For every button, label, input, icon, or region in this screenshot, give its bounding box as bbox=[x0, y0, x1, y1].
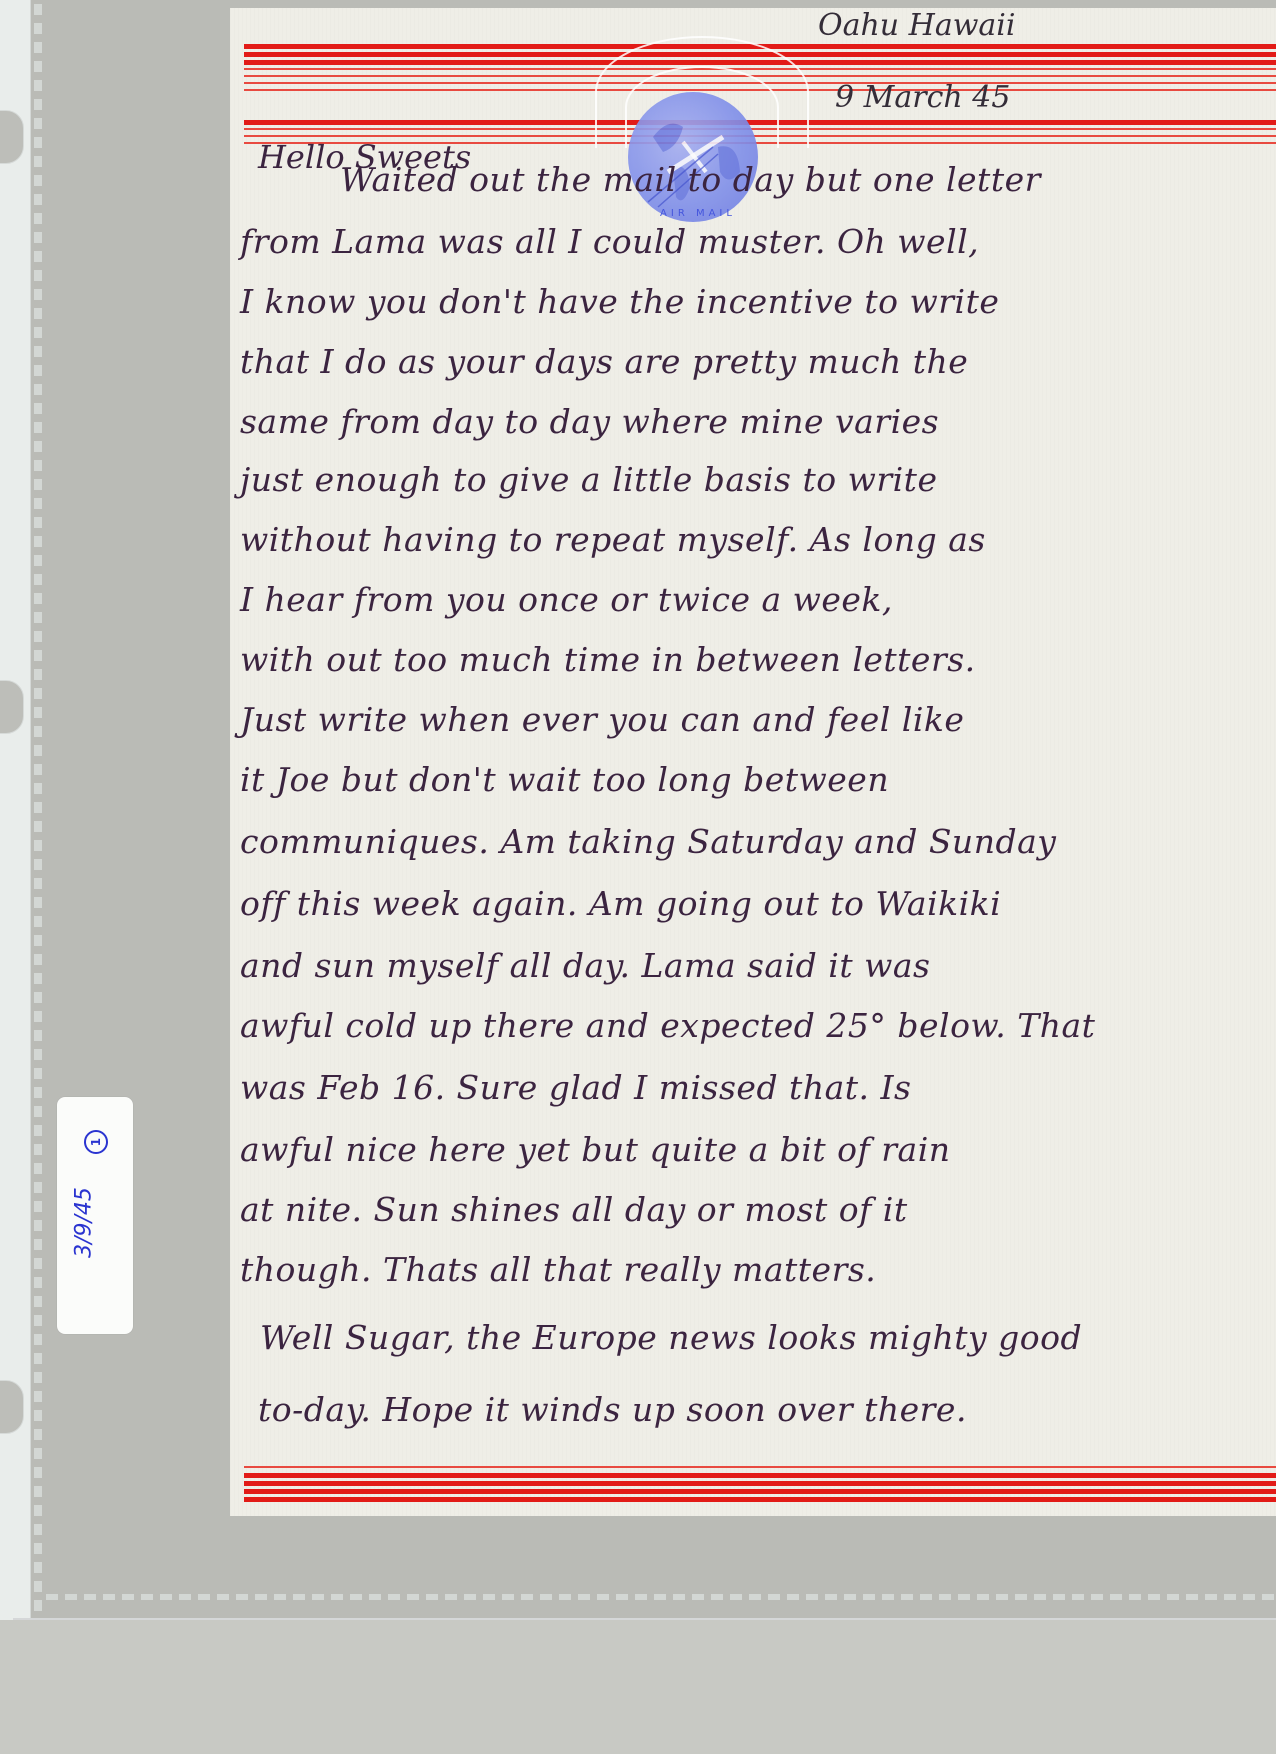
letter-date: 9 March 45 bbox=[835, 80, 1010, 115]
punch-hole bbox=[0, 680, 24, 734]
letter-line: off this week again. Am going out to Wai… bbox=[240, 884, 1001, 923]
index-page-number: 1 bbox=[84, 1130, 108, 1154]
letter-line: it Joe but don't wait too long between bbox=[240, 760, 889, 799]
index-date: 3/9/45 bbox=[72, 1183, 97, 1263]
letter-line: to-day. Hope it winds up soon over there… bbox=[258, 1390, 967, 1429]
letter-line: just enough to give a little basis to wr… bbox=[240, 460, 937, 499]
letter-line: at nite. Sun shines all day or most of i… bbox=[240, 1190, 908, 1229]
letter-line: without having to repeat myself. As long… bbox=[240, 520, 986, 559]
letter-line: and sun myself all day. Lama said it was bbox=[240, 946, 930, 985]
punch-hole bbox=[0, 1380, 24, 1434]
letter-line: with out too much time in between letter… bbox=[240, 640, 976, 679]
letter-line: Waited out the mail to day but one lette… bbox=[340, 160, 1041, 199]
letter-line: Just write when ever you can and feel li… bbox=[240, 700, 964, 739]
letter-line: Well Sugar, the Europe news looks mighty… bbox=[260, 1318, 1082, 1357]
letter-line: awful cold up there and expected 25° bel… bbox=[240, 1006, 1095, 1045]
punch-hole bbox=[0, 110, 24, 164]
sleeve-binding-strip bbox=[0, 0, 31, 1620]
airmail-text: AIR MAIL bbox=[628, 208, 768, 219]
letter-line: though. Thats all that really matters. bbox=[240, 1250, 876, 1289]
sleeve-perforation-vertical bbox=[34, 4, 42, 1614]
letter-line: from Lama was all I could muster. Oh wel… bbox=[240, 222, 979, 261]
letter-line: was Feb 16. Sure glad I missed that. Is bbox=[240, 1068, 911, 1107]
globe-airplane-icon bbox=[628, 92, 758, 222]
sleeve-perforation-horizontal bbox=[46, 1594, 1276, 1600]
letter-line: that I do as your days are pretty much t… bbox=[240, 342, 968, 381]
sleeve-bottom-edge bbox=[13, 1618, 1276, 1620]
letterhead-stripes-bottom bbox=[244, 1466, 1276, 1505]
letter-line: communiques. Am taking Saturday and Sund… bbox=[240, 822, 1056, 861]
letter-place: Oahu Hawaii bbox=[818, 8, 1015, 43]
letter-line: I hear from you once or twice a week, bbox=[240, 580, 893, 619]
letter-line: awful nice here yet but quite a bit of r… bbox=[240, 1130, 951, 1169]
airplane-icon bbox=[628, 92, 758, 222]
letter-line: same from day to day where mine varies bbox=[240, 402, 939, 441]
letter-line: I know you don't have the incentive to w… bbox=[240, 282, 999, 321]
